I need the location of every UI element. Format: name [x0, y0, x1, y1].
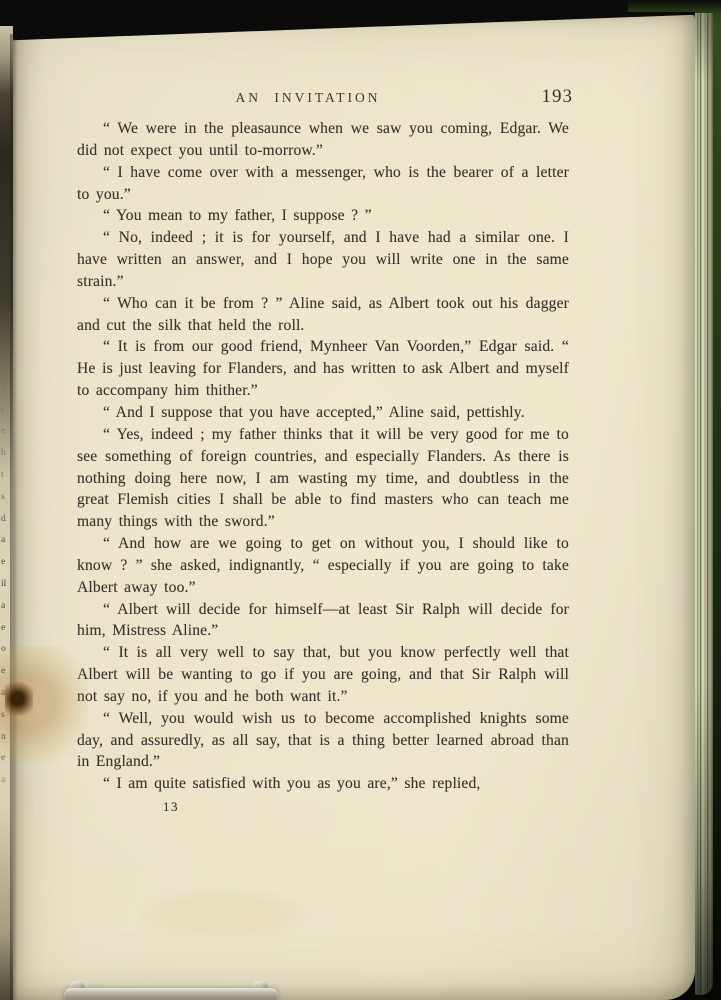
paragraph: “ No, indeed ; it is for yourself, and I… [77, 227, 569, 293]
scanned-book-photo: terehtsdaeilaeoeasnea AN INVITATION 193 … [0, 0, 721, 1000]
chapter-running-title: AN INVITATION [77, 90, 539, 106]
page-number: 193 [542, 86, 574, 108]
paragraph: “ We were in the pleasaunce when we saw … [77, 118, 569, 162]
paragraph: “ And I suppose that you have accepted,”… [77, 402, 569, 424]
bleed-through-letter: t [1, 465, 13, 487]
page-stack-edge [695, 13, 713, 995]
bleed-through-letter: a [1, 770, 13, 792]
bleed-through-letter: e [1, 552, 13, 574]
paragraph: “ I am quite satisfied with you as you a… [77, 773, 569, 795]
paragraph: “ Yes, indeed ; my father thinks that it… [77, 424, 569, 533]
bleed-through-letter: e [1, 661, 13, 683]
bleed-through-letter: t [1, 356, 13, 378]
bleed-through-letter: e [1, 378, 13, 400]
bleed-through-letter: o [1, 639, 13, 661]
facing-page-edge: terehtsdaeilaeoeasnea [0, 26, 14, 1000]
bleed-through-letter: s [1, 705, 13, 727]
page-body-text: “ We were in the pleasaunce when we saw … [77, 118, 569, 818]
bleed-through-letter: n [1, 727, 13, 749]
bleed-through-text: terehtsdaeilaeoeasnea [1, 356, 13, 792]
signature-mark: 13 [163, 796, 569, 818]
bleed-through-letter: s [1, 487, 13, 509]
bleed-through-letter: d [1, 509, 13, 531]
paragraph: “ And how are we going to get on without… [77, 533, 569, 599]
bleed-through-letter: h [1, 443, 13, 465]
bleed-through-letter: a [1, 683, 13, 705]
paragraph: “ It is from our good friend, Mynheer Va… [77, 336, 569, 402]
bleed-through-letter: a [1, 530, 13, 552]
bleed-through-letter: e [1, 618, 13, 640]
paragraph: “ Well, you would wish us to become acco… [77, 708, 569, 774]
bleed-through-letter: a [1, 596, 13, 618]
bleed-through-letter: il [1, 574, 13, 596]
bleed-through-letter: r [1, 400, 13, 422]
paragraph-list: “ We were in the pleasaunce when we saw … [77, 118, 569, 795]
paragraph: “ It is all very well to say that, but y… [77, 642, 569, 708]
paragraph: “ Who can it be from ? ” Aline said, as … [77, 293, 569, 337]
running-head: AN INVITATION 193 [77, 86, 569, 108]
paragraph: “ I have come over with a messenger, who… [77, 162, 569, 206]
bleed-through-letter: e [1, 421, 13, 443]
paragraph: “ Albert will decide for himself—at leas… [77, 599, 569, 643]
paragraph: “ You mean to my father, I suppose ? ” [77, 205, 569, 227]
book-cradle [64, 988, 278, 1000]
bleed-through-letter: e [1, 748, 13, 770]
